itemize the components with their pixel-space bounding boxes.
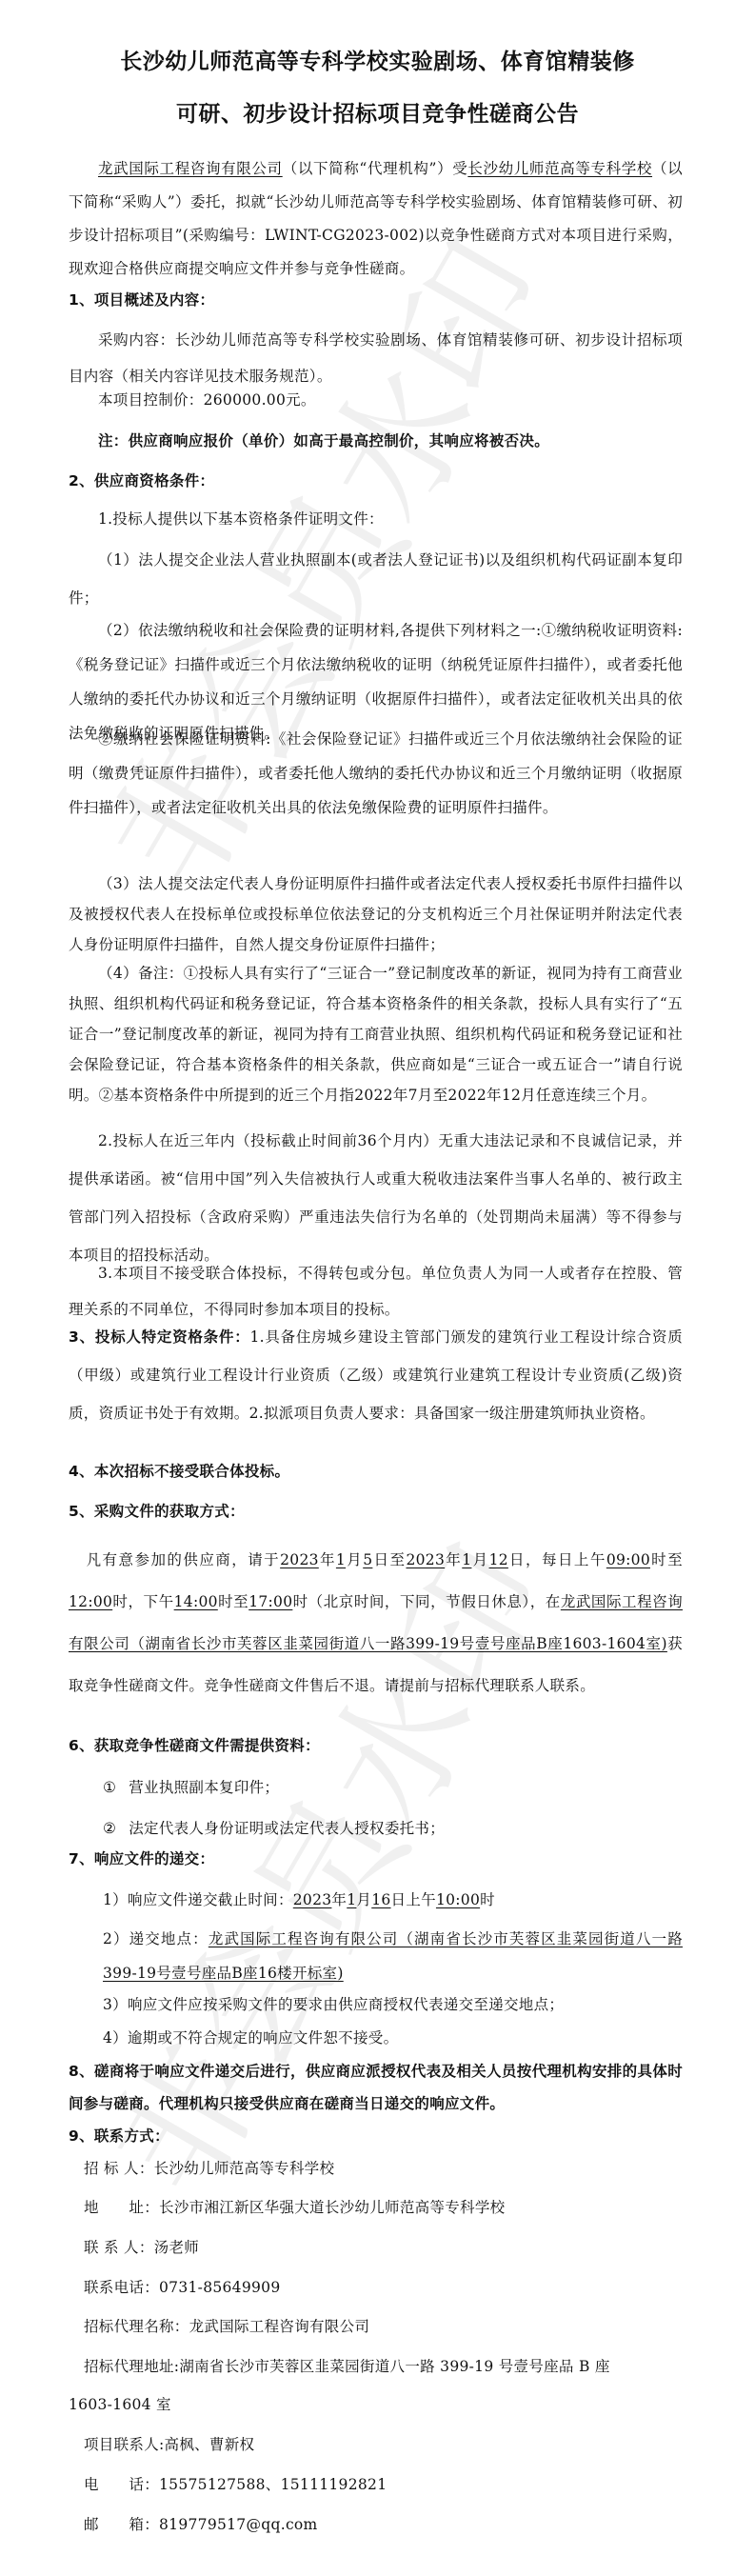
section2-item1: 1.投标人提供以下基本资格条件证明文件： xyxy=(69,505,683,533)
text: 日至 xyxy=(372,1551,406,1568)
start-month: 1 xyxy=(336,1551,346,1568)
section8-heading: 8、磋商将于响应文件递交后进行，供应商应派授权代表及相关人员按代理机构安排的具体… xyxy=(69,2055,683,2120)
contact-value: 15575127588、15111192821 xyxy=(159,2476,387,2493)
time-pm-start: 14:00 xyxy=(174,1593,218,1610)
text: 时至 xyxy=(650,1551,683,1568)
contact-value: 汤老师 xyxy=(154,2239,199,2256)
item-text: 法定代表人身份证明或法定代表人授权委托书； xyxy=(129,1820,445,1837)
text: 1）响应文件递交截止时间： xyxy=(103,1891,293,1908)
start-year: 2023 xyxy=(280,1551,319,1568)
section1-content: 采购内容：长沙幼儿师范高等专科学校实验剧场、体育馆精装修可研、初步设计招标项目内… xyxy=(69,322,683,394)
text: 日，每日上午 xyxy=(508,1551,606,1568)
text: 2）递交地点： xyxy=(103,1930,209,1947)
section7-item3: 3）响应文件应按采购文件的要求由供应商授权代表递交至递交地点； xyxy=(69,1990,683,2019)
contact-row: 电 话：15575127588、15111192821 xyxy=(69,2470,698,2499)
section7-item4: 4）逾期或不符合规定的响应文件恕不接受。 xyxy=(69,2024,683,2052)
section1-price: 本项目控制价：260000.00元。 xyxy=(69,386,683,414)
contact-row: 地 址：长沙市湘江新区华强大道长沙幼儿师范高等专科学校 xyxy=(69,2193,698,2222)
purchaser-name: 长沙幼儿师范高等专科学校 xyxy=(467,160,652,177)
deadline-day: 16 xyxy=(371,1891,390,1908)
contact-value: 高枫、曹新权 xyxy=(165,2436,255,2453)
end-year: 2023 xyxy=(406,1551,445,1568)
section2-sub1: （1）法人提交企业法人营业执照副本(或者法人登记证书)以及组织机构代码证副本复印… xyxy=(69,541,683,617)
text: 时至 xyxy=(218,1593,248,1610)
contact-row: 联 系 人：汤老师 xyxy=(69,2233,698,2262)
circled-number-2: ② xyxy=(103,1814,124,1843)
text: 凡有意参加的供应商，请于 xyxy=(87,1551,281,1568)
time-pm-end: 17:00 xyxy=(248,1593,292,1610)
intro-text: （以下简称“代理机构”）受 xyxy=(283,160,468,177)
section2-sub4: （4）备注：①投标人具有实行了“三证合一”登记制度改革的新证，视同为持有工商营业… xyxy=(69,958,683,1110)
agency-name: 龙武国际工程咨询有限公司 xyxy=(98,160,283,177)
contact-label: 电 话： xyxy=(84,2476,159,2493)
contact-label: 招标代理名称： xyxy=(84,2318,189,2335)
section3: 3、投标人特定资格条件：1.具备住房城乡建设主管部门颁发的建筑行业工程设计综合资… xyxy=(69,1318,683,1432)
section2-item2: 2.投标人在近三年内（投标截止时间前36个月内）无重大违法记录和不良诚信记录，并… xyxy=(69,1122,683,1274)
section2-sub3: （3）法人提交法定代表人身份证明原件扫描件或者法定代表人授权委托书原件扫描件以及… xyxy=(69,869,683,960)
section6-heading: 6、获取竞争性磋商文件需提供资料： xyxy=(69,1731,683,1760)
contact-row: 招标代理名称：龙武国际工程咨询有限公司 xyxy=(69,2312,698,2341)
contact-row: 联系电话：0731-85649909 xyxy=(69,2273,698,2302)
contact-label: 招标代理地址: xyxy=(84,2358,179,2375)
contact-value: 长沙市湘江新区华强大道长沙幼儿师范高等专科学校 xyxy=(159,2199,505,2216)
contact-row: 项目联系人:高枫、曹新权 xyxy=(69,2430,698,2459)
section4-heading: 4、本次招标不接受联合体投标。 xyxy=(69,1457,683,1486)
contact-label: 联系电话： xyxy=(84,2279,159,2296)
text: 日上午 xyxy=(391,1891,436,1908)
contact-label: 邮 箱： xyxy=(84,2516,159,2533)
end-day: 12 xyxy=(489,1551,508,1568)
section7-heading: 7、响应文件的递交： xyxy=(69,1845,683,1873)
section1-heading: 1、项目概述及内容： xyxy=(69,286,683,314)
start-day: 5 xyxy=(363,1551,372,1568)
text: 月 xyxy=(346,1551,363,1568)
circled-number-1: ① xyxy=(103,1773,124,1802)
contact-label: 招 标 人： xyxy=(84,2160,154,2177)
page-title-line1: 长沙幼儿师范高等专科学校实验剧场、体育馆精装修 xyxy=(0,44,755,75)
intro-text: （以下简称“采购人”）委托，拟就“长沙幼儿师范高等专科学校实验剧场、体育馆精装修… xyxy=(69,160,683,277)
section2-item3: 3.本项目不接受联合体投标，不得转包或分包。单位负责人为同一人或者存在控股、管理… xyxy=(69,1255,683,1328)
section6-item: ② 法定代表人身份证明或法定代表人授权委托书； xyxy=(69,1814,717,1843)
contact-label: 项目联系人: xyxy=(84,2436,165,2453)
item-text: 营业执照副本复印件； xyxy=(129,1779,279,1796)
section2-heading: 2、供应商资格条件： xyxy=(69,467,683,495)
contact-value: 龙武国际工程咨询有限公司 xyxy=(189,2318,370,2335)
deadline-year: 2023 xyxy=(293,1891,332,1908)
contact-row: 招标代理地址:湖南省长沙市芙蓉区韭菜园街道八一路 399-19 号壹号座品 B … xyxy=(69,2352,698,2381)
section9-heading: 9、联系方式： xyxy=(69,2122,683,2150)
deadline-time: 10:00 xyxy=(436,1891,480,1908)
intro-paragraph: 龙武国际工程咨询有限公司（以下简称“代理机构”）受长沙幼儿师范高等专科学校（以下… xyxy=(69,152,683,286)
contact-value: 0731-85649909 xyxy=(159,2279,280,2296)
text: 年 xyxy=(445,1551,462,1568)
text: 时（北京时间，下同，节假日休息），在 xyxy=(292,1593,560,1610)
text: 时，下午 xyxy=(112,1593,173,1610)
text: 时 xyxy=(480,1891,495,1908)
end-month: 1 xyxy=(462,1551,471,1568)
page-title-line2: 可研、初步设计招标项目竞争性磋商公告 xyxy=(0,96,755,128)
contact-value: 长沙幼儿师范高等专科学校 xyxy=(154,2160,335,2177)
text: 月 xyxy=(356,1891,371,1908)
section6-item: ① 营业执照副本复印件； xyxy=(69,1773,717,1802)
time-am-end: 12:00 xyxy=(69,1593,112,1610)
text: 年 xyxy=(331,1891,347,1908)
contact-row: 邮 箱：819779517@qq.com xyxy=(69,2510,698,2539)
section5-heading: 5、采购文件的获取方式： xyxy=(69,1497,683,1526)
contact-label: 地 址： xyxy=(84,2199,159,2216)
section3-heading: 3、投标人特定资格条件： xyxy=(69,1328,249,1346)
section1-note: 注：供应商响应报价（单价）如高于最高控制价，其响应将被否决。 xyxy=(69,427,683,455)
section7-item2: 2）递交地点：龙武国际工程咨询有限公司（湖南省长沙市芙蓉区韭菜园街道八一路399… xyxy=(69,1922,683,1990)
contact-row: 招 标 人：长沙幼儿师范高等专科学校 xyxy=(69,2154,698,2183)
deadline-month: 1 xyxy=(347,1891,356,1908)
contact-row-cont: 1603-1604 室 xyxy=(69,2390,683,2419)
contact-value: 湖南省长沙市芙蓉区韭菜园街道八一路 399-19 号壹号座品 B 座 xyxy=(179,2358,609,2375)
contact-label: 联 系 人： xyxy=(84,2239,154,2256)
section7-item1: 1）响应文件递交截止时间：2023年1月16日上午10:00时 xyxy=(69,1886,683,1914)
section2-sub2b: ②缴纳社会保险证明资料:《社会保险登记证》扫描件或近三个月依法缴纳社会保险的证明… xyxy=(69,722,683,825)
section5-content: 凡有意参加的供应商，请于2023年1月5日至2023年1月12日，每日上午09:… xyxy=(69,1539,683,1707)
text: 月 xyxy=(471,1551,488,1568)
text: 年 xyxy=(319,1551,336,1568)
contact-email[interactable]: 819779517@qq.com xyxy=(159,2516,318,2533)
time-am-start: 09:00 xyxy=(606,1551,650,1568)
